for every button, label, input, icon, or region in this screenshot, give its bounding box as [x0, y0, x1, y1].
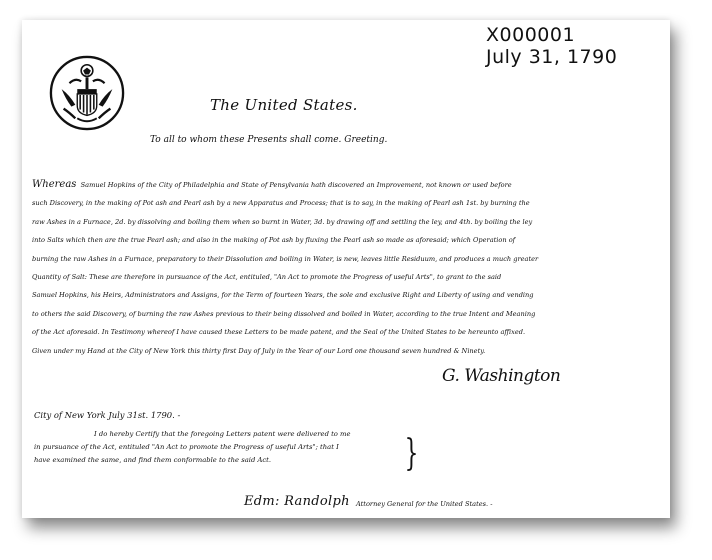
- body-line-2: such Discovery, in the making of Pot ash…: [32, 194, 660, 212]
- document-identifier: X000001 July 31, 1790: [486, 24, 617, 68]
- body-line-4: into Salts which then are the true Pearl…: [32, 231, 660, 249]
- body-line-8: to others the said Discovery, of burning…: [32, 305, 660, 323]
- opening-word: Whereas: [32, 179, 76, 190]
- document-title: The United States.: [210, 96, 358, 114]
- patent-page: X000001 July 31, 1790 The United States.…: [22, 20, 670, 518]
- great-seal-icon: [48, 54, 126, 132]
- cert-line-2: in pursuance of the Act, entituled "An A…: [34, 441, 414, 454]
- cert-line-1: I do hereby Certify that the foregoing L…: [34, 428, 414, 441]
- body-line-3: raw Ashes in a Furnace, 2d. by dissolvin…: [32, 213, 660, 231]
- greeting-line: To all to whom these Presents shall come…: [150, 135, 387, 145]
- patent-body: Whereas Samuel Hopkins of the City of Ph…: [32, 176, 660, 360]
- patent-date: July 31, 1790: [486, 46, 617, 68]
- document-viewer: X000001 July 31, 1790 The United States.…: [0, 0, 712, 560]
- body-line-1: Whereas Samuel Hopkins of the City of Ph…: [32, 176, 660, 194]
- body-line-10: Given under my Hand at the City of New Y…: [32, 342, 660, 360]
- certification-text: I do hereby Certify that the foregoing L…: [34, 428, 414, 467]
- body-line-6: Quantity of Salt: These are therefore in…: [32, 268, 660, 286]
- cert-line-3: have examined the same, and find them co…: [34, 454, 414, 467]
- body-line-9: of the Act aforesaid. In Testimony where…: [32, 323, 660, 341]
- randolph-signature: Edm: Randolph: [244, 494, 350, 509]
- body-line-5: burning the raw Ashes in a Furnace, prep…: [32, 250, 660, 268]
- washington-signature: G. Washington: [442, 366, 560, 386]
- patent-number: X000001: [486, 24, 617, 46]
- attorney-general-title: Attorney General for the United States. …: [356, 500, 492, 508]
- curly-brace-mark: }: [405, 436, 419, 472]
- body-line-7: Samuel Hopkins, his Heirs, Administrator…: [32, 286, 660, 304]
- certification-date: City of New York July 31st. 1790. -: [34, 410, 180, 420]
